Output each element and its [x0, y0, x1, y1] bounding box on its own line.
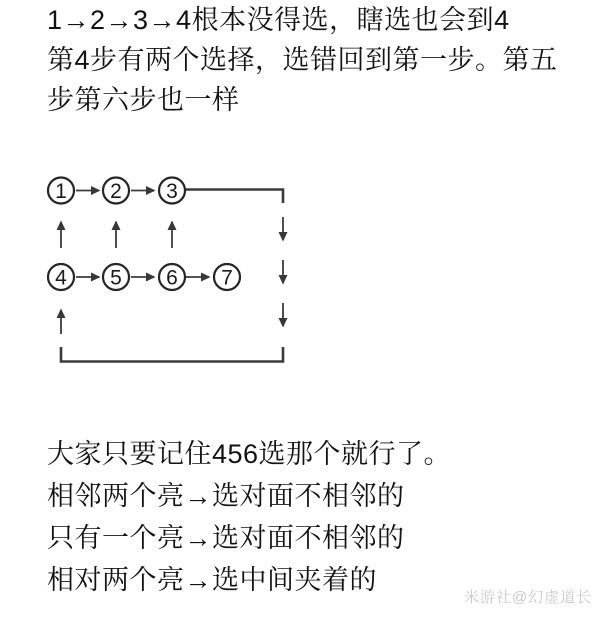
tips-text: 大家只要记住456选那个就行了。 相邻两个亮→选对面不相邻的 只有一个亮→选对面… — [47, 433, 451, 601]
tips-line-4: 相对两个亮→选中间夹着的 — [47, 559, 451, 601]
diagram-node-7: 7 — [214, 264, 240, 290]
node-3-label: 3 — [166, 180, 178, 203]
node-2-label: 2 — [110, 180, 122, 203]
diagram-node-3: 3 — [159, 178, 185, 204]
guide-image: 1→2→3→4根本没得选，瞎选也会到4 第4步有两个选择，选错回到第一步。第五 … — [0, 0, 600, 621]
diagram-node-2: 2 — [103, 178, 129, 204]
node-1-label: 1 — [55, 180, 67, 203]
diagram-node-4: 4 — [48, 264, 74, 290]
loop-top-connector — [185, 190, 283, 204]
node-5-label: 5 — [110, 267, 122, 290]
diagram-node-1: 1 — [48, 178, 74, 204]
diagram-node-5: 5 — [103, 264, 129, 290]
node-7-label: 7 — [221, 267, 233, 290]
loop-bottom-connector — [61, 347, 283, 362]
node-6-label: 6 — [166, 267, 178, 290]
tips-line-1: 大家只要记住456选那个就行了。 — [47, 433, 451, 475]
diagram-node-6: 6 — [159, 264, 185, 290]
watermark: 米游社@幻虚道长 — [464, 586, 592, 607]
node-4-label: 4 — [55, 267, 67, 290]
tips-line-2: 相邻两个亮→选对面不相邻的 — [47, 475, 451, 517]
tips-line-3: 只有一个亮→选对面不相邻的 — [47, 517, 451, 559]
